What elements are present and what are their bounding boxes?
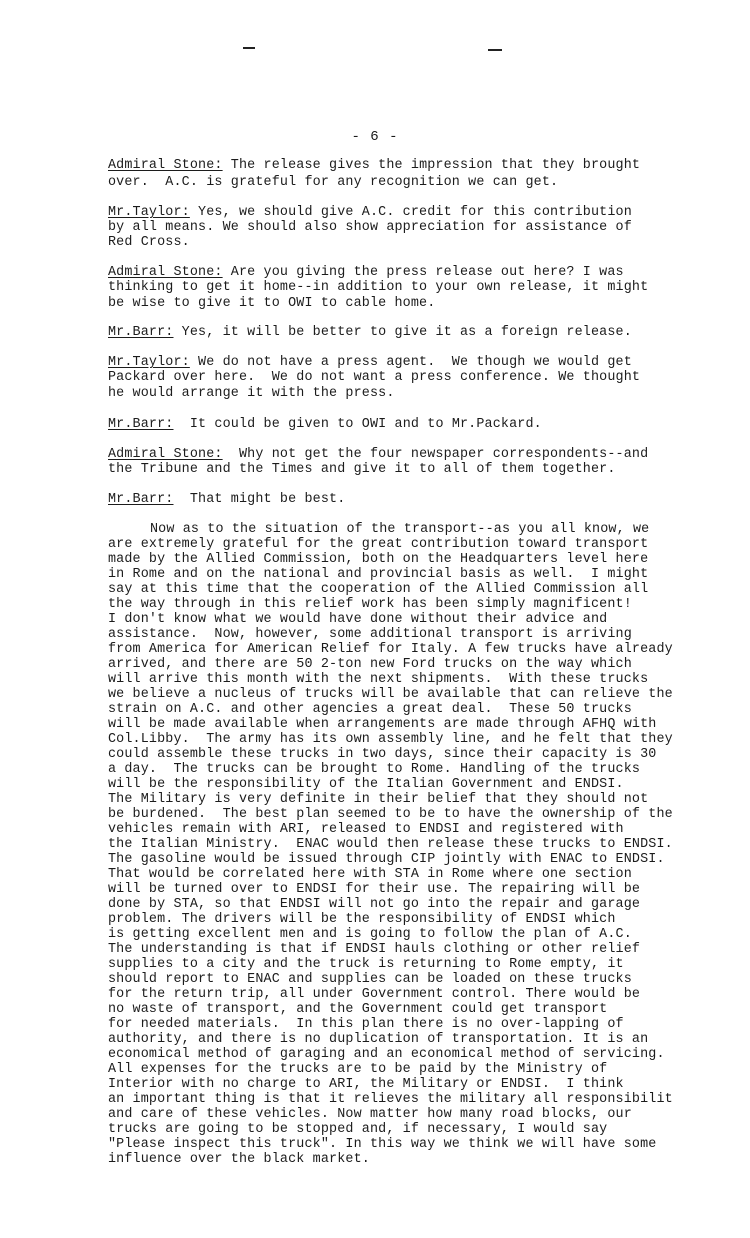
- paragraph-line: will be turned over to ENDSI for their u…: [108, 882, 640, 897]
- speaker-label: Admiral Stone:: [108, 265, 223, 280]
- paragraph-line: I don't know what we would have done wit…: [108, 612, 607, 627]
- paragraph-line: from America for American Relief for Ita…: [108, 642, 673, 657]
- paragraph-line: in Rome and on the national and provinci…: [108, 567, 648, 582]
- dialogue-line: he would arrange it with the press.: [108, 386, 395, 401]
- paragraph-line: a day. The trucks can be brought to Rome…: [108, 762, 640, 777]
- paragraph-line: made by the Allied Commission, both on t…: [108, 552, 648, 567]
- paragraph-line: could assemble these trucks in two days,…: [108, 747, 656, 762]
- speaker-label: Admiral Stone:: [108, 158, 223, 173]
- paragraph-line: The Military is very definite in their b…: [108, 792, 648, 807]
- paragraph-line: vehicles remain with ARI, released to EN…: [108, 822, 624, 837]
- dialogue-line: Mr.Barr: Yes, it will be better to give …: [108, 325, 632, 340]
- dialogue-line: Mr.Barr: That might be best.: [108, 492, 345, 507]
- dialogue-line: the Tribune and the Times and give it to…: [108, 462, 616, 477]
- paragraph-line: Interior with no charge to ARI, the Mili…: [108, 1077, 624, 1092]
- paragraph-line: the Italian Ministry. ENAC would then re…: [108, 837, 673, 852]
- dialogue-line: Packard over here. We do not want a pres…: [108, 370, 640, 385]
- dialogue-line: thinking to get it home--in addition to …: [108, 280, 648, 295]
- paragraph-line: Now as to the situation of the transport…: [150, 522, 649, 537]
- speaker-label: Mr.Taylor:: [108, 205, 190, 220]
- paragraph-line: for needed materials. In this plan there…: [108, 1017, 624, 1032]
- paragraph-line: strain on A.C. and other agencies a grea…: [108, 702, 632, 717]
- speaker-label: Mr.Barr:: [108, 492, 174, 507]
- dialogue-line: Mr.Taylor: Yes, we should give A.C. cred…: [108, 205, 632, 220]
- document-page: - 6 - Admiral Stone: The release gives t…: [0, 0, 750, 1238]
- paragraph-line: will arrive this month with the next shi…: [108, 672, 648, 687]
- dialogue-line: by all means. We should also show apprec…: [108, 220, 632, 235]
- paragraph-line: trucks are going to be stopped and, if n…: [108, 1122, 607, 1137]
- paragraph-line: be burdened. The best plan seemed to be …: [108, 807, 673, 822]
- paragraph-line: and care of these vehicles. Now matter h…: [108, 1107, 632, 1122]
- dialogue-line: Mr.Taylor: We do not have a press agent.…: [108, 355, 632, 370]
- speaker-label: Mr.Taylor:: [108, 355, 190, 370]
- paragraph-line: "Please inspect this truck". In this way…: [108, 1137, 656, 1152]
- paragraph-line: authority, and there is no duplication o…: [108, 1032, 648, 1047]
- page-number: - 6 -: [0, 129, 750, 145]
- paragraph-line: That would be correlated here with STA i…: [108, 867, 632, 882]
- dialogue-line: Admiral Stone: Why not get the four news…: [108, 447, 648, 462]
- paragraph-line: will be made available when arrangements…: [108, 717, 656, 732]
- dialogue-line: Admiral Stone: Are you giving the press …: [108, 265, 624, 280]
- dialogue-line: Mr.Barr: It could be given to OWI and to…: [108, 417, 542, 432]
- scan-mark-left: [243, 47, 255, 49]
- paragraph-line: are extremely grateful for the great con…: [108, 537, 648, 552]
- dialogue-line: Admiral Stone: The release gives the imp…: [108, 158, 640, 173]
- paragraph-line: arrived, and there are 50 2-ton new Ford…: [108, 657, 632, 672]
- paragraph-line: The understanding is that if ENDSI hauls…: [108, 942, 640, 957]
- speaker-label: Mr.Barr:: [108, 325, 174, 340]
- dialogue-line: be wise to give it to OWI to cable home.: [108, 296, 435, 311]
- paragraph-line: no waste of transport, and the Governmen…: [108, 1002, 607, 1017]
- paragraph-line: The gasoline would be issued through CIP…: [108, 852, 665, 867]
- paragraph-line: the way through in this relief work has …: [108, 597, 632, 612]
- paragraph-line: All expenses for the trucks are to be pa…: [108, 1062, 607, 1077]
- paragraph-line: Col.Libby. The army has its own assembly…: [108, 732, 673, 747]
- paragraph-line: should report to ENAC and supplies can b…: [108, 972, 632, 987]
- paragraph-line: for the return trip, all under Governmen…: [108, 987, 640, 1002]
- paragraph-line: will be the responsibility of the Italia…: [108, 777, 624, 792]
- speaker-label: Admiral Stone:: [108, 447, 223, 462]
- dialogue-line: over. A.C. is grateful for any recogniti…: [108, 175, 558, 190]
- paragraph-line: we believe a nucleus of trucks will be a…: [108, 687, 673, 702]
- paragraph-line: economical method of garaging and an eco…: [108, 1047, 665, 1062]
- paragraph-line: is getting excellent men and is going to…: [108, 927, 632, 942]
- paragraph-line: an important thing is that it relieves t…: [108, 1092, 673, 1107]
- paragraph-line: supplies to a city and the truck is retu…: [108, 957, 624, 972]
- paragraph-line: assistance. Now, however, some additiona…: [108, 627, 632, 642]
- paragraph-line: influence over the black market.: [108, 1152, 370, 1167]
- paragraph-line: say at this time that the cooperation of…: [108, 582, 648, 597]
- dialogue-line: Red Cross.: [108, 235, 190, 250]
- paragraph-line: problem. The drivers will be the respons…: [108, 912, 616, 927]
- speaker-label: Mr.Barr:: [108, 417, 174, 432]
- scan-mark-right: [488, 49, 502, 51]
- paragraph-line: done by STA, so that ENDSI will not go i…: [108, 897, 640, 912]
